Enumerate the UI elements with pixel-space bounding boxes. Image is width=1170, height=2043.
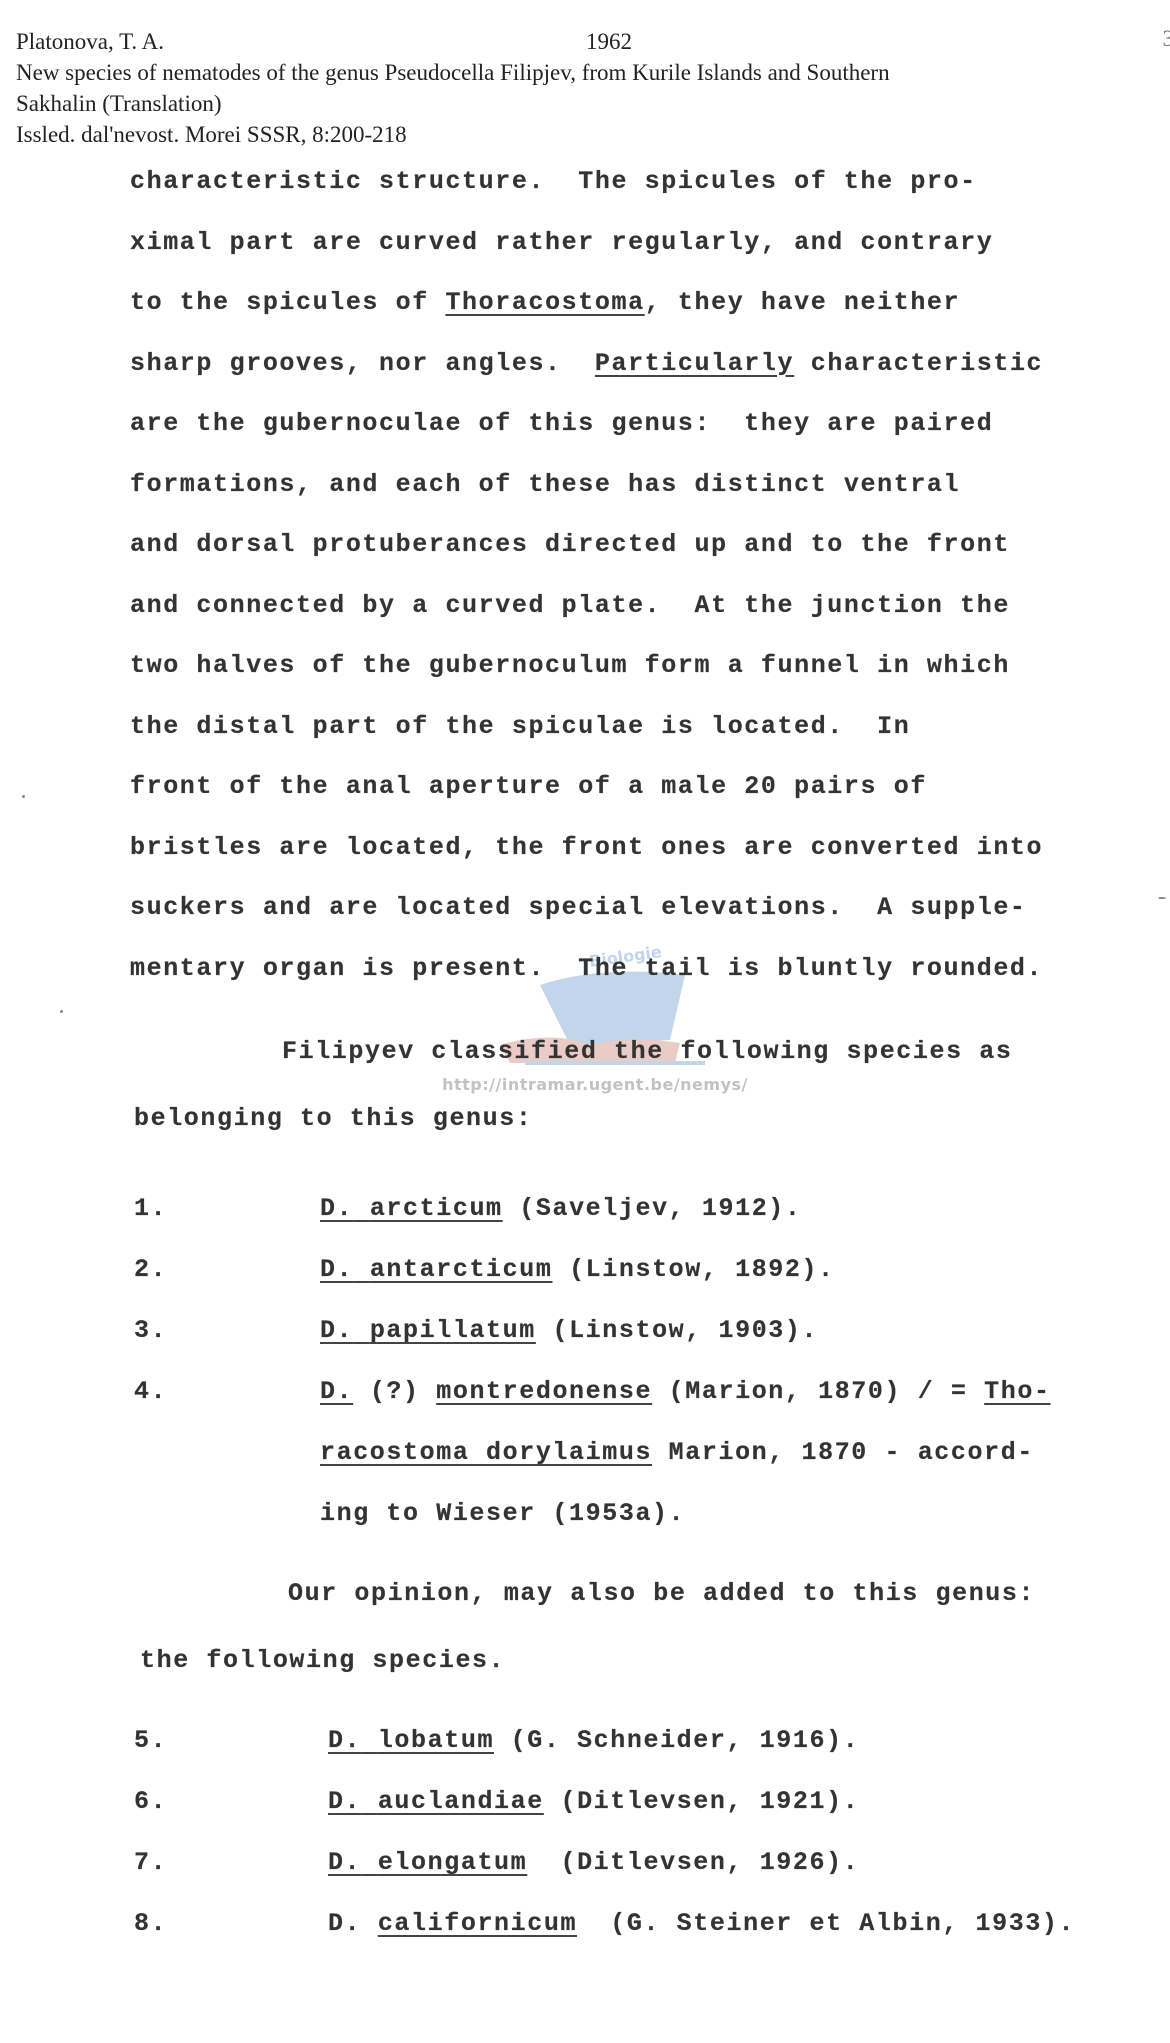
species-name: D. lobatum: [328, 1726, 494, 1755]
opinion-line2: the following species.: [140, 1641, 1035, 1708]
body-line: characteristic structure. The spicules o…: [130, 162, 1043, 223]
header-title-line1: New species of nematodes of the genus Ps…: [16, 57, 1156, 88]
page-number: 3: [1163, 26, 1170, 52]
scan-speck: [1158, 897, 1166, 899]
header-title-line2: Sakhalin (Translation): [16, 88, 1156, 119]
scan-speck: [60, 1010, 63, 1013]
filipyev-line1: Filipyev classified the following specie…: [134, 1032, 1013, 1099]
species-name: montredonense: [436, 1377, 652, 1406]
underlined-term: Thoracostoma: [445, 288, 644, 317]
body-line: ximal part are curved rather regularly, …: [130, 223, 1043, 284]
body-line: suckers and are located special elevatio…: [130, 888, 1043, 949]
body-line: are the gubernoculae of this genus: they…: [130, 404, 1043, 465]
filipyev-paragraph: Filipyev classified the following specie…: [134, 1032, 1013, 1166]
species-name: D. elongatum: [328, 1848, 527, 1877]
synonym-name: racostoma dorylaimus: [320, 1438, 652, 1467]
species-name: D. auclandiae: [328, 1787, 544, 1816]
document-header: Platonova, T. A. 1962 New species of nem…: [16, 26, 1156, 150]
body-line: and dorsal protuberances directed up and…: [130, 525, 1043, 586]
body-line: to the spicules of Thoracostoma, they ha…: [130, 283, 1043, 344]
body-paragraph: characteristic structure. The spicules o…: [130, 162, 1043, 1009]
species-name: D. arcticum: [320, 1194, 503, 1223]
species-name: D. antarcticum: [320, 1255, 552, 1284]
species-name: D. papillatum: [320, 1316, 536, 1345]
body-line: bristles are located, the front ones are…: [130, 828, 1043, 889]
scan-speck: [22, 795, 25, 798]
header-citation: Issled. dal'nevost. Morei SSSR, 8:200-21…: [16, 119, 1156, 150]
header-year: 1962: [586, 26, 632, 57]
filipyev-line2: belonging to this genus:: [134, 1099, 1013, 1166]
body-line: front of the anal aperture of a male 20 …: [130, 767, 1043, 828]
body-line: formations, and each of these has distin…: [130, 465, 1043, 526]
body-line: mentary organ is present. The tail is bl…: [130, 949, 1043, 1010]
species-name: californicum: [378, 1909, 577, 1938]
body-line: the distal part of the spiculae is locat…: [130, 707, 1043, 768]
underlined-term: Particularly: [595, 349, 794, 378]
body-line: sharp grooves, nor angles. Particularly …: [130, 344, 1043, 405]
body-line: two halves of the gubernoculum form a fu…: [130, 646, 1043, 707]
opinion-line1: Our opinion, may also be added to this g…: [140, 1574, 1035, 1641]
body-line: and connected by a curved plate. At the …: [130, 586, 1043, 647]
opinion-paragraph: Our opinion, may also be added to this g…: [140, 1574, 1035, 1708]
